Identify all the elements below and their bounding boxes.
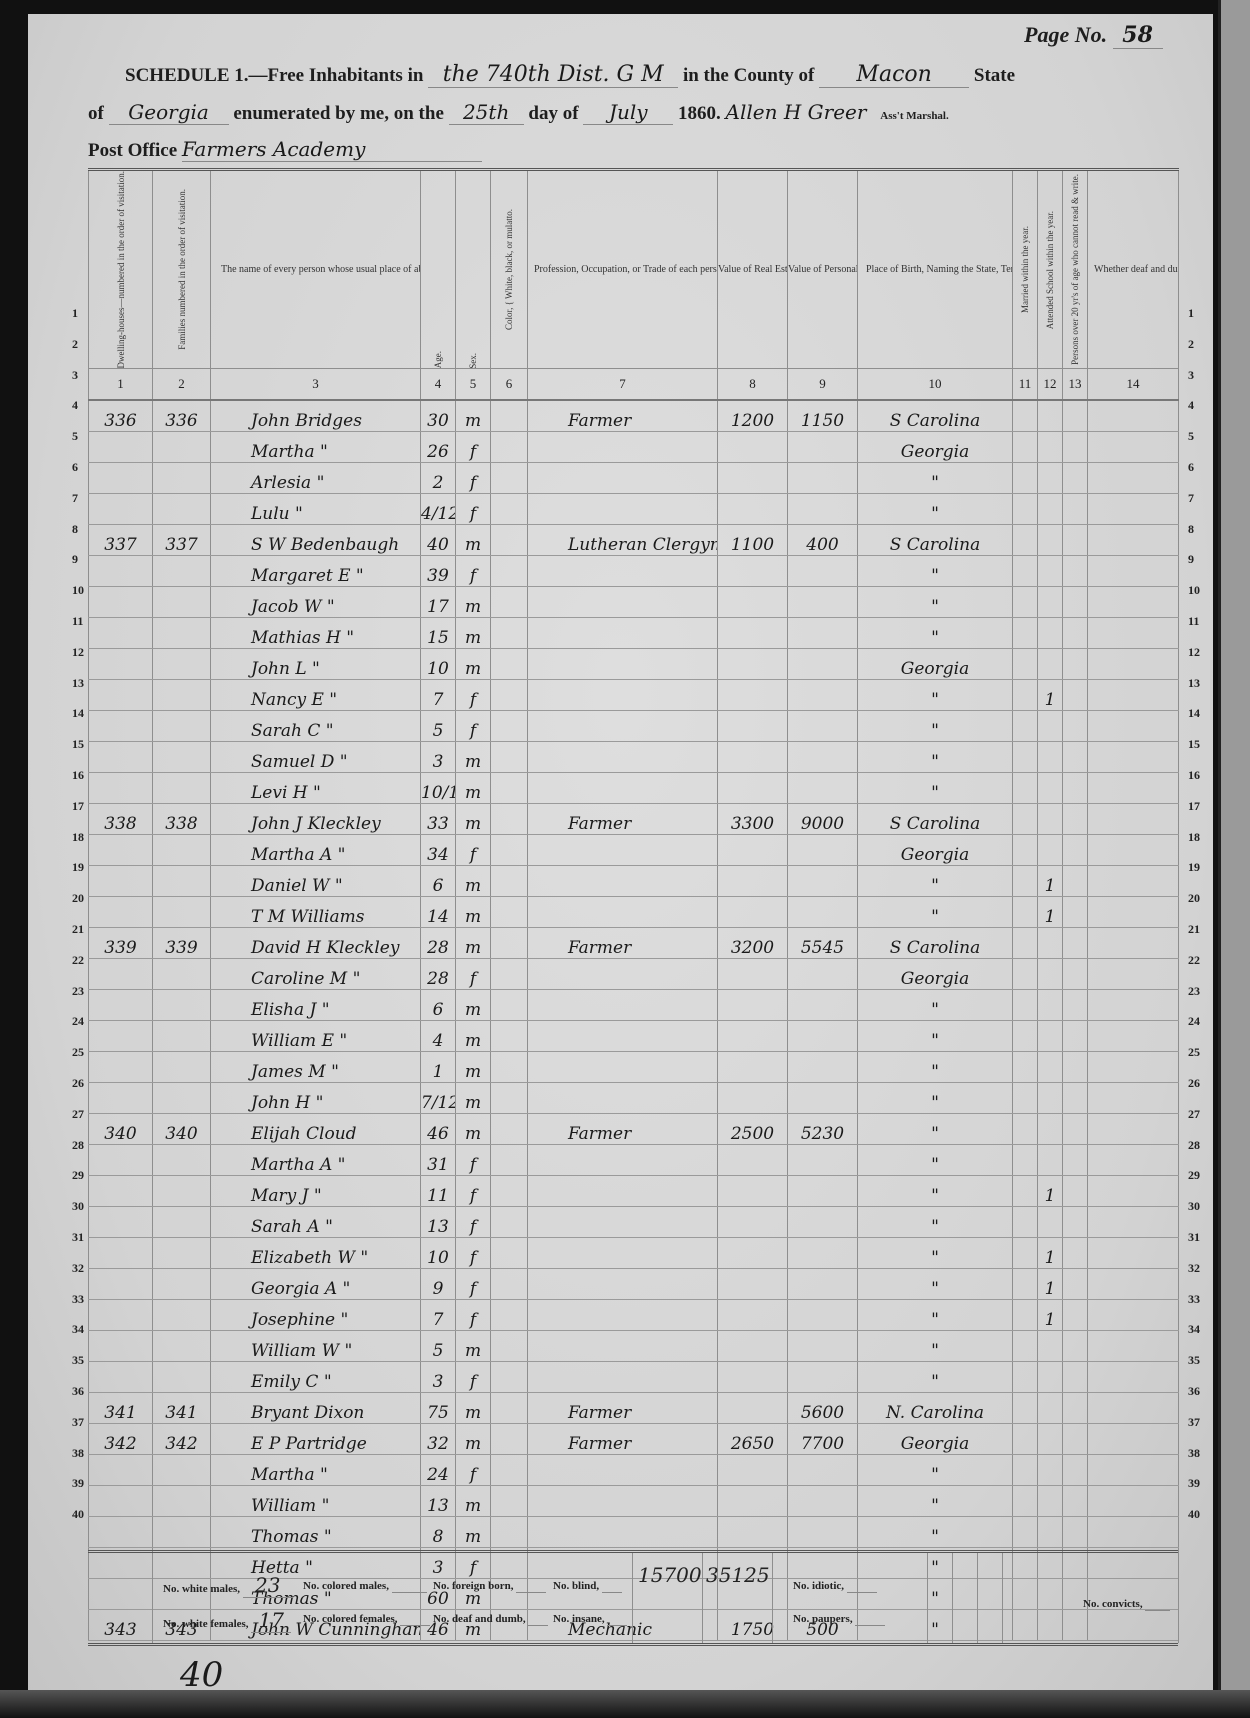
- cell-name: John J Kleckley: [211, 804, 421, 835]
- cell-dwelling: 338: [89, 804, 153, 835]
- cell-family: [153, 742, 211, 773]
- table-row: Josephine "7f"1: [89, 1300, 1179, 1331]
- cell-empty: [1013, 680, 1038, 711]
- cell-name: Martha ": [211, 432, 421, 463]
- cell-family: [153, 1238, 211, 1269]
- cell-empty: [1013, 1362, 1038, 1393]
- cell-empty: [1063, 1083, 1088, 1114]
- cell-family: [153, 556, 211, 587]
- cell-birth: ": [858, 1052, 1013, 1083]
- cell-empty: [1063, 928, 1088, 959]
- cell-occupation: [528, 556, 718, 587]
- cell-sex: m: [456, 773, 491, 804]
- col-num: 10: [858, 369, 1013, 401]
- cell-empty: [1063, 866, 1088, 897]
- cell-empty: [1063, 1269, 1088, 1300]
- cell-empty: [1063, 773, 1088, 804]
- cell-sex: f: [456, 680, 491, 711]
- cell-name: Lulu ": [211, 494, 421, 525]
- cell-empty: [1063, 1052, 1088, 1083]
- header-birthplace: Place of Birth, Naming the State, Territ…: [858, 170, 1013, 369]
- cell-family: [153, 1331, 211, 1362]
- line-number: 20: [72, 891, 84, 906]
- foreign-born: No. foreign born,: [433, 1580, 546, 1593]
- cell-empty: [1063, 835, 1088, 866]
- cell-age: 10: [421, 649, 456, 680]
- cell-school: [1038, 587, 1063, 618]
- line-number: 7: [72, 491, 78, 506]
- cell-birth: ": [858, 1176, 1013, 1207]
- line-number: 8: [1188, 522, 1194, 537]
- cell-empty: [1013, 649, 1038, 680]
- cell-sex: f: [456, 1300, 491, 1331]
- cell-real: [718, 742, 788, 773]
- table-row: Caroline M "28fGeorgia: [89, 959, 1179, 990]
- cell-empty: [1088, 1269, 1179, 1300]
- cell-real: 3200: [718, 928, 788, 959]
- cell-birth: ": [858, 1207, 1013, 1238]
- cell-empty: [491, 1393, 528, 1424]
- table-row: Lulu "4/12f": [89, 494, 1179, 525]
- cell-name: Bryant Dixon: [211, 1393, 421, 1424]
- cell-real: [718, 1486, 788, 1517]
- cell-sex: f: [456, 1238, 491, 1269]
- cell-family: [153, 1517, 211, 1548]
- cell-empty: [1063, 1176, 1088, 1207]
- cell-empty: [1013, 525, 1038, 556]
- line-number: 9: [72, 552, 78, 567]
- cell-name: T M Williams: [211, 897, 421, 928]
- cell-personal: [788, 1207, 858, 1238]
- line-number: 23: [1188, 984, 1200, 999]
- cell-name: Caroline M ": [211, 959, 421, 990]
- cell-empty: [1063, 804, 1088, 835]
- cell-occupation: [528, 463, 718, 494]
- cell-age: 14: [421, 897, 456, 928]
- month-field: July: [583, 100, 673, 125]
- cell-family: [153, 463, 211, 494]
- table-row: William W "5m": [89, 1331, 1179, 1362]
- county-label: in the County of: [683, 65, 814, 86]
- of-label: of: [88, 103, 104, 124]
- line-number: 29: [72, 1168, 84, 1183]
- cell-sex: m: [456, 1331, 491, 1362]
- cell-empty: [1063, 711, 1088, 742]
- cell-age: 7/12: [421, 1083, 456, 1114]
- line-number: 19: [72, 860, 84, 875]
- cell-age: 32: [421, 1424, 456, 1455]
- line-number: 35: [1188, 1353, 1200, 1368]
- cell-dwelling: 336: [89, 400, 153, 432]
- cell-personal: [788, 866, 858, 897]
- cell-empty: [491, 587, 528, 618]
- cell-dwelling: [89, 1517, 153, 1548]
- cell-empty: [1063, 1145, 1088, 1176]
- cell-family: [153, 494, 211, 525]
- cell-name: Elijah Cloud: [211, 1114, 421, 1145]
- cell-family: [153, 990, 211, 1021]
- line-number: 15: [72, 737, 84, 752]
- line-number: 10: [1188, 583, 1200, 598]
- cell-school: [1038, 556, 1063, 587]
- table-row: Margaret E "39f": [89, 556, 1179, 587]
- cell-age: 7: [421, 1300, 456, 1331]
- cell-empty: [491, 1424, 528, 1455]
- cell-empty: [1088, 773, 1179, 804]
- cell-age: 46: [421, 1114, 456, 1145]
- cell-school: [1038, 400, 1063, 432]
- line-number: 27: [72, 1107, 84, 1122]
- cell-age: 13: [421, 1486, 456, 1517]
- cell-school: [1038, 1424, 1063, 1455]
- cell-empty: [1088, 618, 1179, 649]
- cell-real: [718, 680, 788, 711]
- cell-personal: [788, 1486, 858, 1517]
- cell-empty: [1013, 618, 1038, 649]
- cell-empty: [1088, 1083, 1179, 1114]
- cell-empty: [1088, 1052, 1179, 1083]
- cell-personal: 5230: [788, 1114, 858, 1145]
- cell-age: 3: [421, 1362, 456, 1393]
- cell-age: 17: [421, 587, 456, 618]
- cell-empty: [1063, 1393, 1088, 1424]
- cell-real: [718, 773, 788, 804]
- enumerated-label: enumerated by me, on the: [233, 103, 444, 124]
- cell-empty: [1013, 1393, 1038, 1424]
- cell-age: 31: [421, 1145, 456, 1176]
- cell-empty: [1088, 742, 1179, 773]
- cell-empty: [1063, 1331, 1088, 1362]
- cell-sex: m: [456, 897, 491, 928]
- col-num: 9: [788, 369, 858, 401]
- table-row: John H "7/12m": [89, 1083, 1179, 1114]
- cell-birth: ": [858, 773, 1013, 804]
- enumeration-line: of Georgia enumerated by me, on the 25th…: [88, 100, 949, 125]
- line-number: 17: [72, 799, 84, 814]
- cell-occupation: Farmer: [528, 1393, 718, 1424]
- line-number: 6: [1188, 460, 1194, 475]
- line-number: 31: [1188, 1230, 1200, 1245]
- cell-personal: 400: [788, 525, 858, 556]
- cell-empty: [1088, 866, 1179, 897]
- cell-sex: f: [456, 1455, 491, 1486]
- line-number: 37: [72, 1415, 84, 1430]
- cell-dwelling: [89, 1269, 153, 1300]
- cell-empty: [1013, 1300, 1038, 1331]
- cell-sex: f: [456, 1269, 491, 1300]
- table-row: Elisha J "6m": [89, 990, 1179, 1021]
- cell-birth: S Carolina: [858, 804, 1013, 835]
- table-row: 338338John J Kleckley33mFarmer33009000S …: [89, 804, 1179, 835]
- line-number: 2: [1188, 337, 1194, 352]
- line-number: 19: [1188, 860, 1200, 875]
- table-row: Sarah A "13f": [89, 1207, 1179, 1238]
- cell-occupation: [528, 680, 718, 711]
- cell-sex: f: [456, 711, 491, 742]
- cell-empty: [1088, 897, 1179, 928]
- cell-real: [718, 959, 788, 990]
- cell-dwelling: [89, 866, 153, 897]
- cell-birth: S Carolina: [858, 928, 1013, 959]
- cell-name: Georgia A ": [211, 1269, 421, 1300]
- cell-empty: [1013, 1114, 1038, 1145]
- cell-name: Mathias H ": [211, 618, 421, 649]
- cell-school: [1038, 432, 1063, 463]
- cell-school: 1: [1038, 1238, 1063, 1269]
- cell-empty: [1088, 525, 1179, 556]
- cell-name: Elizabeth W ": [211, 1238, 421, 1269]
- cell-sex: f: [456, 1362, 491, 1393]
- cell-personal: [788, 1300, 858, 1331]
- col-num: 1: [89, 369, 153, 401]
- cell-name: Elisha J ": [211, 990, 421, 1021]
- header-dwelling: Dwelling-houses—numbered in the order of…: [89, 170, 153, 369]
- cell-school: 1: [1038, 1269, 1063, 1300]
- header-name: The name of every person whose usual pla…: [211, 170, 421, 369]
- cell-empty: [1063, 1207, 1088, 1238]
- cell-school: [1038, 928, 1063, 959]
- cell-occupation: [528, 1052, 718, 1083]
- cell-empty: [491, 680, 528, 711]
- insane: No. insane,: [553, 1613, 627, 1626]
- cell-school: [1038, 1114, 1063, 1145]
- cell-real: [718, 1300, 788, 1331]
- table-row: Georgia A "9f"1: [89, 1269, 1179, 1300]
- white-females: No. white females, 17: [163, 1608, 291, 1633]
- cell-personal: [788, 680, 858, 711]
- cell-sex: m: [456, 618, 491, 649]
- state-label: State: [974, 65, 1015, 86]
- cell-dwelling: [89, 835, 153, 866]
- cell-occupation: [528, 897, 718, 928]
- cell-family: [153, 432, 211, 463]
- cell-family: 340: [153, 1114, 211, 1145]
- cell-real: [718, 990, 788, 1021]
- cell-empty: [1088, 1517, 1179, 1548]
- cell-empty: [1063, 1455, 1088, 1486]
- cell-empty: [491, 463, 528, 494]
- cell-family: [153, 835, 211, 866]
- cell-name: S W Bedenbaugh: [211, 525, 421, 556]
- cell-age: 34: [421, 835, 456, 866]
- cell-empty: [491, 804, 528, 835]
- table-row: Nancy E "7f"1: [89, 680, 1179, 711]
- cell-school: [1038, 990, 1063, 1021]
- cell-sex: m: [456, 400, 491, 432]
- cell-sex: f: [456, 959, 491, 990]
- real-estate-total: 15700: [638, 1563, 702, 1587]
- cell-empty: [491, 618, 528, 649]
- cell-personal: [788, 1238, 858, 1269]
- cell-name: E P Partridge: [211, 1424, 421, 1455]
- cell-birth: ": [858, 1486, 1013, 1517]
- col-num: 8: [718, 369, 788, 401]
- cell-name: Emily C ": [211, 1362, 421, 1393]
- cell-real: 2500: [718, 1114, 788, 1145]
- cell-occupation: [528, 1145, 718, 1176]
- cell-occupation: [528, 1269, 718, 1300]
- cell-name: Martha A ": [211, 1145, 421, 1176]
- cell-empty: [1063, 1114, 1088, 1145]
- cell-real: [718, 587, 788, 618]
- cell-occupation: [528, 1362, 718, 1393]
- table-row: Martha "26fGeorgia: [89, 432, 1179, 463]
- cell-occupation: [528, 1207, 718, 1238]
- cell-name: Thomas ": [211, 1517, 421, 1548]
- cell-name: William W ": [211, 1331, 421, 1362]
- cell-school: [1038, 742, 1063, 773]
- cell-family: [153, 1455, 211, 1486]
- cell-empty: [1063, 556, 1088, 587]
- line-number: 14: [72, 706, 84, 721]
- line-number: 40: [1188, 1507, 1200, 1522]
- cell-dwelling: [89, 587, 153, 618]
- line-number: 30: [1188, 1199, 1200, 1214]
- cell-age: 40: [421, 525, 456, 556]
- cell-empty: [1063, 649, 1088, 680]
- post-office-field: Farmers Academy: [182, 137, 482, 162]
- line-number: 36: [72, 1384, 84, 1399]
- cell-school: [1038, 711, 1063, 742]
- cell-personal: 5600: [788, 1393, 858, 1424]
- cell-empty: [1013, 1424, 1038, 1455]
- table-row: 337337S W Bedenbaugh40mLutheran Clergyma…: [89, 525, 1179, 556]
- cell-real: [718, 866, 788, 897]
- cell-empty: [491, 1176, 528, 1207]
- cell-school: [1038, 1083, 1063, 1114]
- page-edge: [1218, 0, 1250, 1718]
- table-row: Sarah C "5f": [89, 711, 1179, 742]
- cell-empty: [1013, 432, 1038, 463]
- cell-family: [153, 959, 211, 990]
- cell-real: [718, 1083, 788, 1114]
- cell-dwelling: [89, 711, 153, 742]
- cell-empty: [1013, 400, 1038, 432]
- cell-empty: [1063, 463, 1088, 494]
- cell-birth: ": [858, 556, 1013, 587]
- cell-empty: [1013, 742, 1038, 773]
- cell-birth: ": [858, 1455, 1013, 1486]
- cell-name: Martha A ": [211, 835, 421, 866]
- cell-birth: ": [858, 866, 1013, 897]
- header-personal-estate: Value of Personal Estate.: [788, 170, 858, 369]
- cell-occupation: [528, 1238, 718, 1269]
- line-number: 39: [1188, 1476, 1200, 1491]
- line-number: 29: [1188, 1168, 1200, 1183]
- cell-empty: [491, 556, 528, 587]
- line-number: 13: [72, 676, 84, 691]
- cell-family: [153, 680, 211, 711]
- cell-age: 10/12: [421, 773, 456, 804]
- cell-name: Sarah A ": [211, 1207, 421, 1238]
- line-number: 13: [1188, 676, 1200, 691]
- cell-school: [1038, 1486, 1063, 1517]
- cell-birth: ": [858, 711, 1013, 742]
- cell-age: 28: [421, 959, 456, 990]
- line-number: 38: [1188, 1446, 1200, 1461]
- cell-age: 75: [421, 1393, 456, 1424]
- cell-empty: [1088, 928, 1179, 959]
- cell-empty: [1088, 835, 1179, 866]
- cell-empty: [1088, 432, 1179, 463]
- cell-empty: [1063, 897, 1088, 928]
- line-number: 3: [72, 368, 78, 383]
- line-number: 28: [1188, 1138, 1200, 1153]
- col-num: 4: [421, 369, 456, 401]
- cell-occupation: Lutheran Clergyman: [528, 525, 718, 556]
- line-number: 4: [72, 398, 78, 413]
- post-office-label: Post Office: [88, 140, 177, 161]
- convicts: No. convicts,: [1083, 1598, 1170, 1611]
- cell-family: 339: [153, 928, 211, 959]
- cell-dwelling: [89, 1052, 153, 1083]
- cell-personal: [788, 1052, 858, 1083]
- cell-sex: f: [456, 556, 491, 587]
- cell-empty: [1063, 400, 1088, 432]
- cell-empty: [1013, 804, 1038, 835]
- cell-empty: [1013, 463, 1038, 494]
- cell-empty: [1013, 1238, 1038, 1269]
- cell-empty: [1013, 1207, 1038, 1238]
- cell-real: [718, 835, 788, 866]
- cell-empty: [491, 1517, 528, 1548]
- cell-sex: m: [456, 1021, 491, 1052]
- line-number: 3: [1188, 368, 1194, 383]
- cell-birth: ": [858, 1331, 1013, 1362]
- cell-occupation: [528, 1176, 718, 1207]
- line-number: 1: [1188, 306, 1194, 321]
- cell-occupation: Farmer: [528, 1114, 718, 1145]
- cell-empty: [1013, 711, 1038, 742]
- cell-empty: [491, 1455, 528, 1486]
- line-number: 21: [72, 922, 84, 937]
- line-number: 7: [1188, 491, 1194, 506]
- col-num: 12: [1038, 369, 1063, 401]
- cell-real: [718, 1207, 788, 1238]
- cell-empty: [1088, 1114, 1179, 1145]
- cell-empty: [1088, 1393, 1179, 1424]
- header-real-estate: Value of Real Estate.: [718, 170, 788, 369]
- cell-dwelling: [89, 432, 153, 463]
- cell-empty: [491, 866, 528, 897]
- line-number: 9: [1188, 552, 1194, 567]
- cell-sex: f: [456, 494, 491, 525]
- table-row: William "13m": [89, 1486, 1179, 1517]
- cell-name: Nancy E ": [211, 680, 421, 711]
- blind: No. blind,: [553, 1580, 622, 1593]
- cell-occupation: [528, 835, 718, 866]
- cell-empty: [1088, 1424, 1179, 1455]
- line-number: 32: [72, 1261, 84, 1276]
- cell-name: Sarah C ": [211, 711, 421, 742]
- marshal-signature: Allen H Greer: [726, 100, 876, 124]
- cell-empty: [491, 1207, 528, 1238]
- table-row: Martha A "31f": [89, 1145, 1179, 1176]
- line-number: 20: [1188, 891, 1200, 906]
- cell-dwelling: [89, 1362, 153, 1393]
- cell-age: 6: [421, 866, 456, 897]
- cell-personal: [788, 556, 858, 587]
- cell-empty: [1013, 1176, 1038, 1207]
- cell-personal: [788, 1021, 858, 1052]
- cell-family: [153, 897, 211, 928]
- cell-birth: ": [858, 1362, 1013, 1393]
- cell-empty: [1088, 400, 1179, 432]
- line-number: 32: [1188, 1261, 1200, 1276]
- cell-empty: [1013, 928, 1038, 959]
- cell-personal: [788, 1455, 858, 1486]
- cell-empty: [1063, 525, 1088, 556]
